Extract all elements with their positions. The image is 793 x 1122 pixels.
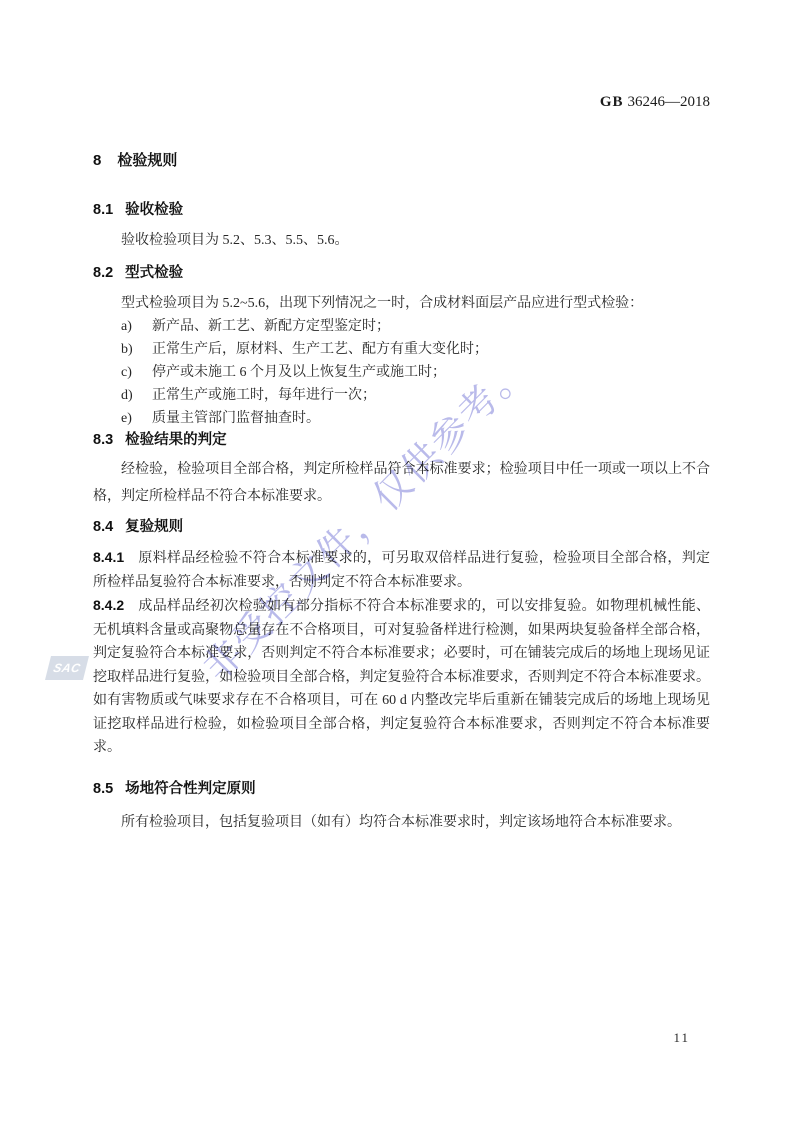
list-item-label: c) (121, 361, 141, 384)
clause-number: 8.4.1 (93, 549, 124, 565)
list-item: c) 停产或未施工 6 个月及以上恢复生产或施工时； (93, 361, 710, 384)
page-header: GB36246—2018 (93, 0, 710, 111)
page-number: 11 (673, 1030, 690, 1046)
list-item-label: e) (121, 407, 141, 430)
section-number: 8.5 (93, 781, 113, 797)
chapter-title: 检验规则 (117, 152, 177, 169)
list-item-text: 质量主管部门监督抽查时。 (152, 407, 320, 430)
list-item-text: 正常生产或施工时，每年进行一次； (152, 384, 376, 407)
section-heading-8-5: 8.5场地符合性判定原则 (93, 779, 710, 799)
list-item: b) 正常生产后，原材料、生产工艺、配方有重大变化时； (93, 338, 710, 361)
list-item-label: d) (121, 384, 141, 407)
list-item-text: 停产或未施工 6 个月及以上恢复生产或施工时； (152, 361, 446, 384)
section-title: 复验规则 (125, 519, 183, 535)
sac-logo: SAC (45, 656, 89, 680)
document-page: SAC GB36246—2018 8检验规则 8.1验收检验 验收检验项目为 5… (0, 0, 793, 1122)
page-content: GB36246—2018 8检验规则 8.1验收检验 验收检验项目为 5.2、5… (93, 0, 710, 834)
clause-text: 成品样品经初次检验如有部分指标不符合本标准要求的，可以安排复验。如物理机械性能、… (93, 599, 710, 755)
clause-number: 8.4.2 (93, 597, 124, 613)
list-item-label: a) (121, 315, 141, 338)
section-heading-8-2: 8.2型式检验 (93, 263, 710, 283)
section-heading-8-1: 8.1验收检验 (93, 200, 710, 220)
list-item-text: 正常生产后，原材料、生产工艺、配方有重大变化时； (152, 338, 488, 361)
section-heading-8-4: 8.4复验规则 (93, 517, 710, 537)
section-number: 8.1 (93, 202, 113, 218)
sac-logo-text: SAC (52, 661, 82, 675)
chapter-heading: 8检验规则 (93, 151, 710, 171)
paragraph-8-5: 所有检验项目，包括复验项目（如有）均符合本标准要求时，判定该场地符合本标准要求。 (93, 811, 710, 835)
section-title: 型式检验 (125, 265, 183, 281)
paragraph-8-1: 验收检验项目为 5.2、5.3、5.5、5.6。 (93, 229, 710, 253)
paragraph-8-3: 经检验，检验项目全部合格，判定所检样品符合本标准要求；检验项目中任一项或一项以上… (93, 456, 710, 510)
list-item: d) 正常生产或施工时，每年进行一次； (93, 384, 710, 407)
clause-8-4-2: 8.4.2成品样品经初次检验如有部分指标不符合本标准要求的，可以安排复验。如物理… (93, 594, 710, 760)
list-item-label: b) (121, 338, 141, 361)
section-title: 场地符合性判定原则 (125, 781, 256, 797)
standard-code-prefix: GB (600, 94, 624, 110)
section-title: 检验结果的判定 (125, 432, 227, 448)
clause-8-4-1: 8.4.1原料样品经检验不符合本标准要求的，可另取双倍样品进行复验，检验项目全部… (93, 546, 710, 594)
list-item-text: 新产品、新工艺、新配方定型鉴定时； (152, 315, 390, 338)
type-inspection-list: a) 新产品、新工艺、新配方定型鉴定时； b) 正常生产后，原材料、生产工艺、配… (93, 315, 710, 430)
clause-text: 原料样品经检验不符合本标准要求的，可另取双倍样品进行复验，检验项目全部合格，判定… (93, 551, 710, 590)
section-number: 8.4 (93, 519, 113, 535)
list-item: e) 质量主管部门监督抽查时。 (93, 407, 710, 430)
section-number: 8.3 (93, 432, 113, 448)
list-item: a) 新产品、新工艺、新配方定型鉴定时； (93, 315, 710, 338)
section-heading-8-3: 8.3检验结果的判定 (93, 430, 710, 450)
section-title: 验收检验 (125, 202, 183, 218)
paragraph-8-2: 型式检验项目为 5.2~5.6，出现下列情况之一时，合成材料面层产品应进行型式检… (93, 292, 710, 316)
chapter-number: 8 (93, 152, 101, 169)
section-number: 8.2 (93, 265, 113, 281)
standard-code-number: 36246—2018 (628, 94, 711, 110)
